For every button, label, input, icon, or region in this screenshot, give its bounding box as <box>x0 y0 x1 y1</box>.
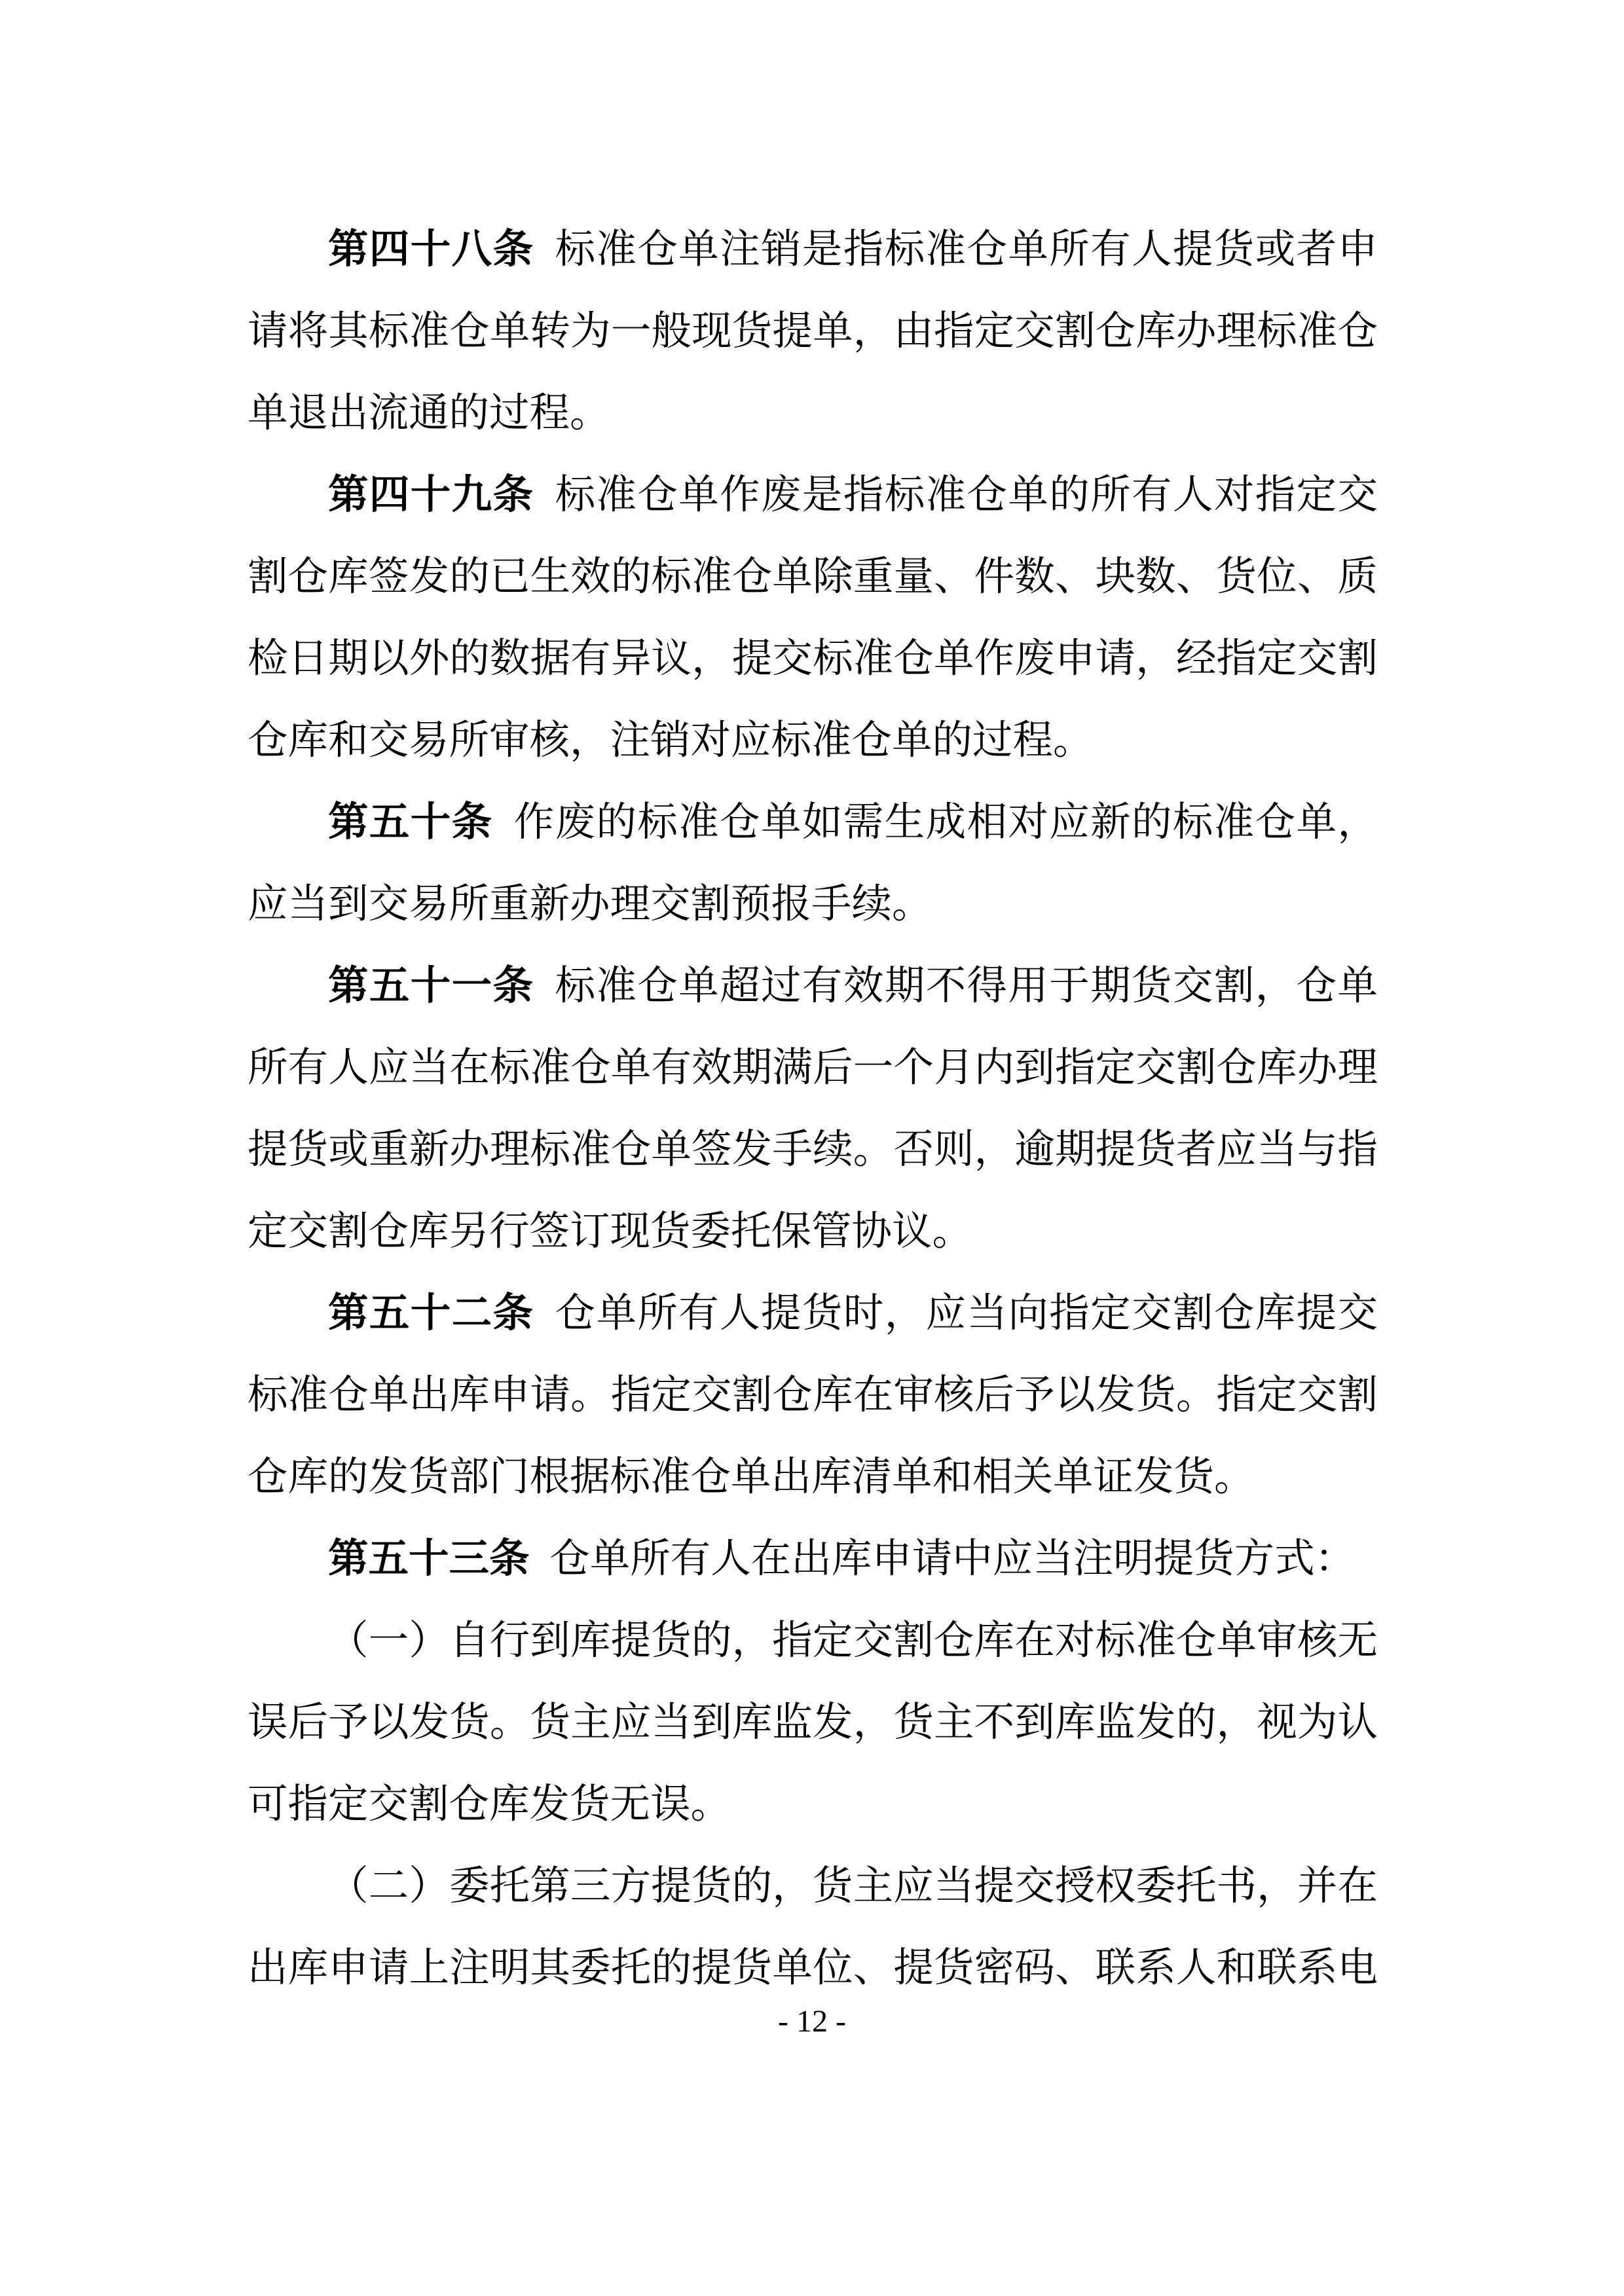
article-51: 第五十一条标准仓单超过有效期不得用于期货交割，仓单所有人应当在标准仓单有效期满后… <box>248 945 1378 1272</box>
article-number: 第五十三条 <box>328 1535 530 1582</box>
article-48: 第四十八条标准仓单注销是指标准仓单所有人提货或者申请将其标准仓单转为一般现货提单… <box>248 208 1378 454</box>
article-number: 第四十八条 <box>328 225 534 272</box>
article-number: 第五十一条 <box>328 962 534 1009</box>
document-body: 第四十八条标准仓单注销是指标准仓单所有人提货或者申请将其标准仓单转为一般现货提单… <box>248 208 1378 2009</box>
article-50: 第五十条作废的标准仓单如需生成相对应新的标准仓单，应当到交易所重新办理交割预报手… <box>248 781 1378 945</box>
list-item-text: （二）委托第三方提货的，货主应当提交授权委托书，并在出库申请上注明其委托的提货单… <box>248 1862 1378 1991</box>
article-49: 第四十九条标准仓单作废是指标准仓单的所有人对指定交割仓库签发的已生效的标准仓单除… <box>248 454 1378 781</box>
list-item-2: （二）委托第三方提货的，货主应当提交授权委托书，并在出库申请上注明其委托的提货单… <box>248 1845 1378 2009</box>
article-number: 第四十九条 <box>328 471 534 518</box>
list-item-1: （一）自行到库提货的，指定交割仓库在对标准仓单审核无误后予以发货。货主应当到库监… <box>248 1599 1378 1845</box>
article-number: 第五十条 <box>328 798 493 845</box>
document-page: 第四十八条标准仓单注销是指标准仓单所有人提货或者申请将其标准仓单转为一般现货提单… <box>0 0 1624 2296</box>
list-item-text: （一）自行到库提货的，指定交割仓库在对标准仓单审核无误后予以发货。货主应当到库监… <box>248 1616 1378 1827</box>
article-53: 第五十三条仓单所有人在出库申请中应当注明提货方式： <box>248 1518 1378 1599</box>
article-text: 仓单所有人在出库申请中应当注明提货方式： <box>549 1535 1355 1582</box>
article-52: 第五十二条仓单所有人提货时，应当向指定交割仓库提交标准仓单出库申请。指定交割仓库… <box>248 1272 1378 1518</box>
article-number: 第五十二条 <box>328 1289 534 1336</box>
page-number: - 12 - <box>0 2002 1624 2041</box>
